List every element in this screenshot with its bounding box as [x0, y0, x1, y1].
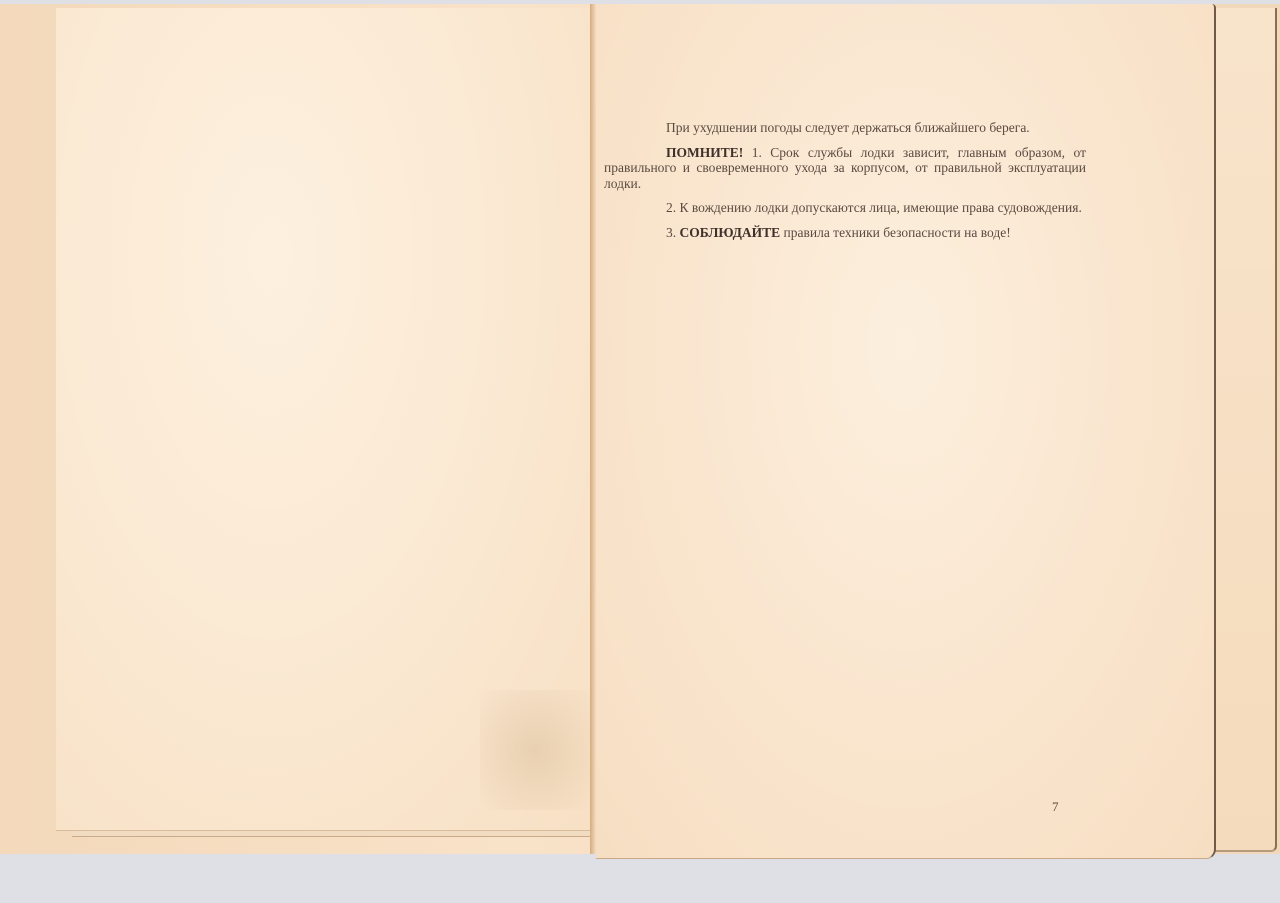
- page-text: При ухудшении погоды следует держаться б…: [604, 120, 1086, 249]
- page-number: 7: [1052, 799, 1059, 815]
- remember-heading: ПОМНИТЕ!: [666, 145, 743, 160]
- paragraph-license: 2. К вождению лодки допускаются лица, им…: [604, 200, 1086, 216]
- paragraph-text: правила техники безопасности на воде!: [780, 225, 1011, 240]
- item-number: 3.: [666, 225, 680, 240]
- paragraph-text: 2. К вождению лодки допускаются лица, им…: [666, 200, 1082, 215]
- paragraph-remember: ПОМНИТЕ! 1. Срок службы лодки зависит, г…: [604, 145, 1086, 192]
- safety-heading: СОБЛЮДАЙТЕ: [680, 225, 781, 240]
- paper-stain: [480, 690, 590, 810]
- paragraph-text: При ухудшении погоды следует держаться б…: [666, 120, 1030, 135]
- scanned-spread: При ухудшении погоды следует держаться б…: [0, 0, 1280, 903]
- paragraph-weather: При ухудшении погоды следует держаться б…: [604, 120, 1086, 136]
- paragraph-safety: 3. СОБЛЮДАЙТЕ правила техники безопаснос…: [604, 225, 1086, 241]
